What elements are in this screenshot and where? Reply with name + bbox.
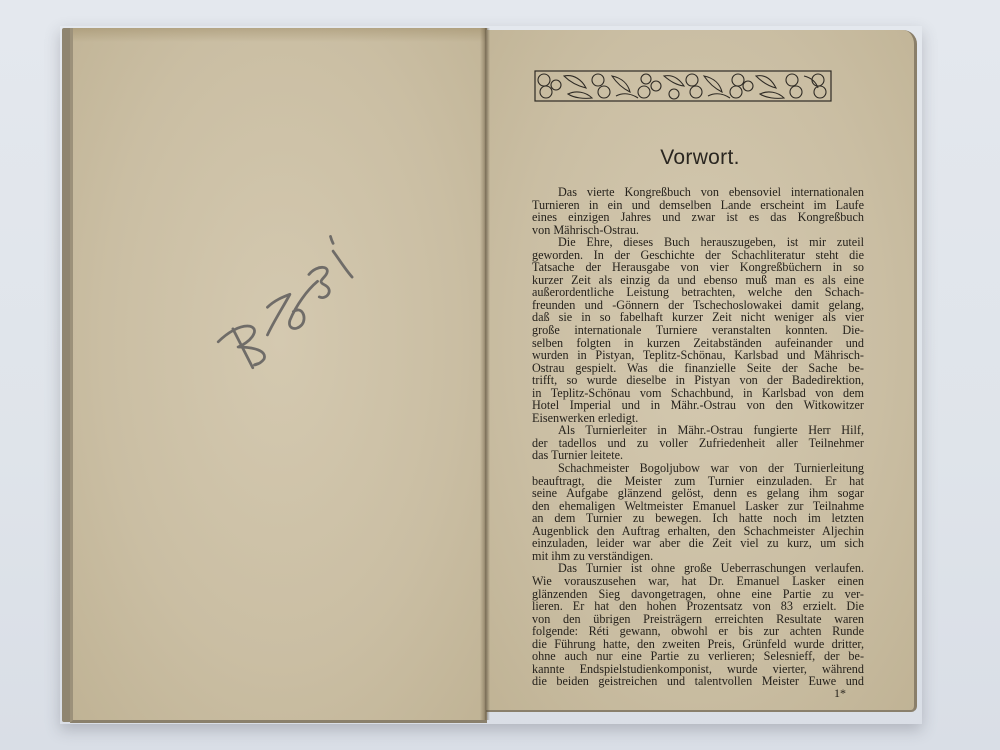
book-gutter bbox=[480, 28, 490, 720]
text-line: Schachmeister Bogoljubow war von der Tur… bbox=[532, 462, 864, 475]
text-line: wurden in Pistyan, Teplitz-Schönau, Karl… bbox=[532, 349, 864, 362]
text-line: eines einzigen Jahres und zwar ist es da… bbox=[532, 211, 864, 224]
text-line: einzuladen, leider war aber die Zeit vie… bbox=[532, 537, 864, 550]
text-line: seine Aufgabe glänzend gelöst, denn es g… bbox=[532, 487, 864, 500]
text-line: ohne auch nur eine Partie zu verlieren; … bbox=[532, 650, 864, 663]
text-line: an dem Turnier zu bewegen. Ich hatte noc… bbox=[532, 512, 864, 525]
preface-body-text: Das vierte Kongreßbuch von ebensoviel in… bbox=[532, 186, 864, 688]
text-line: Hotel Imperial und in Mähr.-Ostrau von d… bbox=[532, 399, 864, 412]
text-line: Tatsache der Herausgabe von vier Kongreß… bbox=[532, 261, 864, 274]
text-line: folgende: Réti gewann, obwohl er bis zur… bbox=[532, 625, 864, 638]
text-line: trifft, so wurde dieselbe in Pistyan von… bbox=[532, 374, 864, 387]
text-line: die beiden geistreichen und talentvollen… bbox=[532, 675, 864, 688]
page-number: 1* bbox=[834, 686, 846, 701]
text-line: Das vierte Kongreßbuch von ebensoviel in… bbox=[532, 186, 864, 199]
floral-ornament-icon bbox=[534, 70, 832, 102]
text-line: große internationale Turniere veranstalt… bbox=[532, 324, 864, 337]
text-line: lieren. Er hat den hohen Prozentsatz von… bbox=[532, 600, 864, 613]
text-line: Wie vorauszusehen war, hat Dr. Emanuel L… bbox=[532, 575, 864, 588]
left-page: B 1631 bbox=[70, 28, 487, 723]
text-line: Die Ehre, dieses Buch herauszugeben, ist… bbox=[532, 236, 864, 249]
handwritten-pencil-note: B 1631 bbox=[188, 195, 378, 385]
page-title: Vorwort. bbox=[486, 146, 914, 170]
